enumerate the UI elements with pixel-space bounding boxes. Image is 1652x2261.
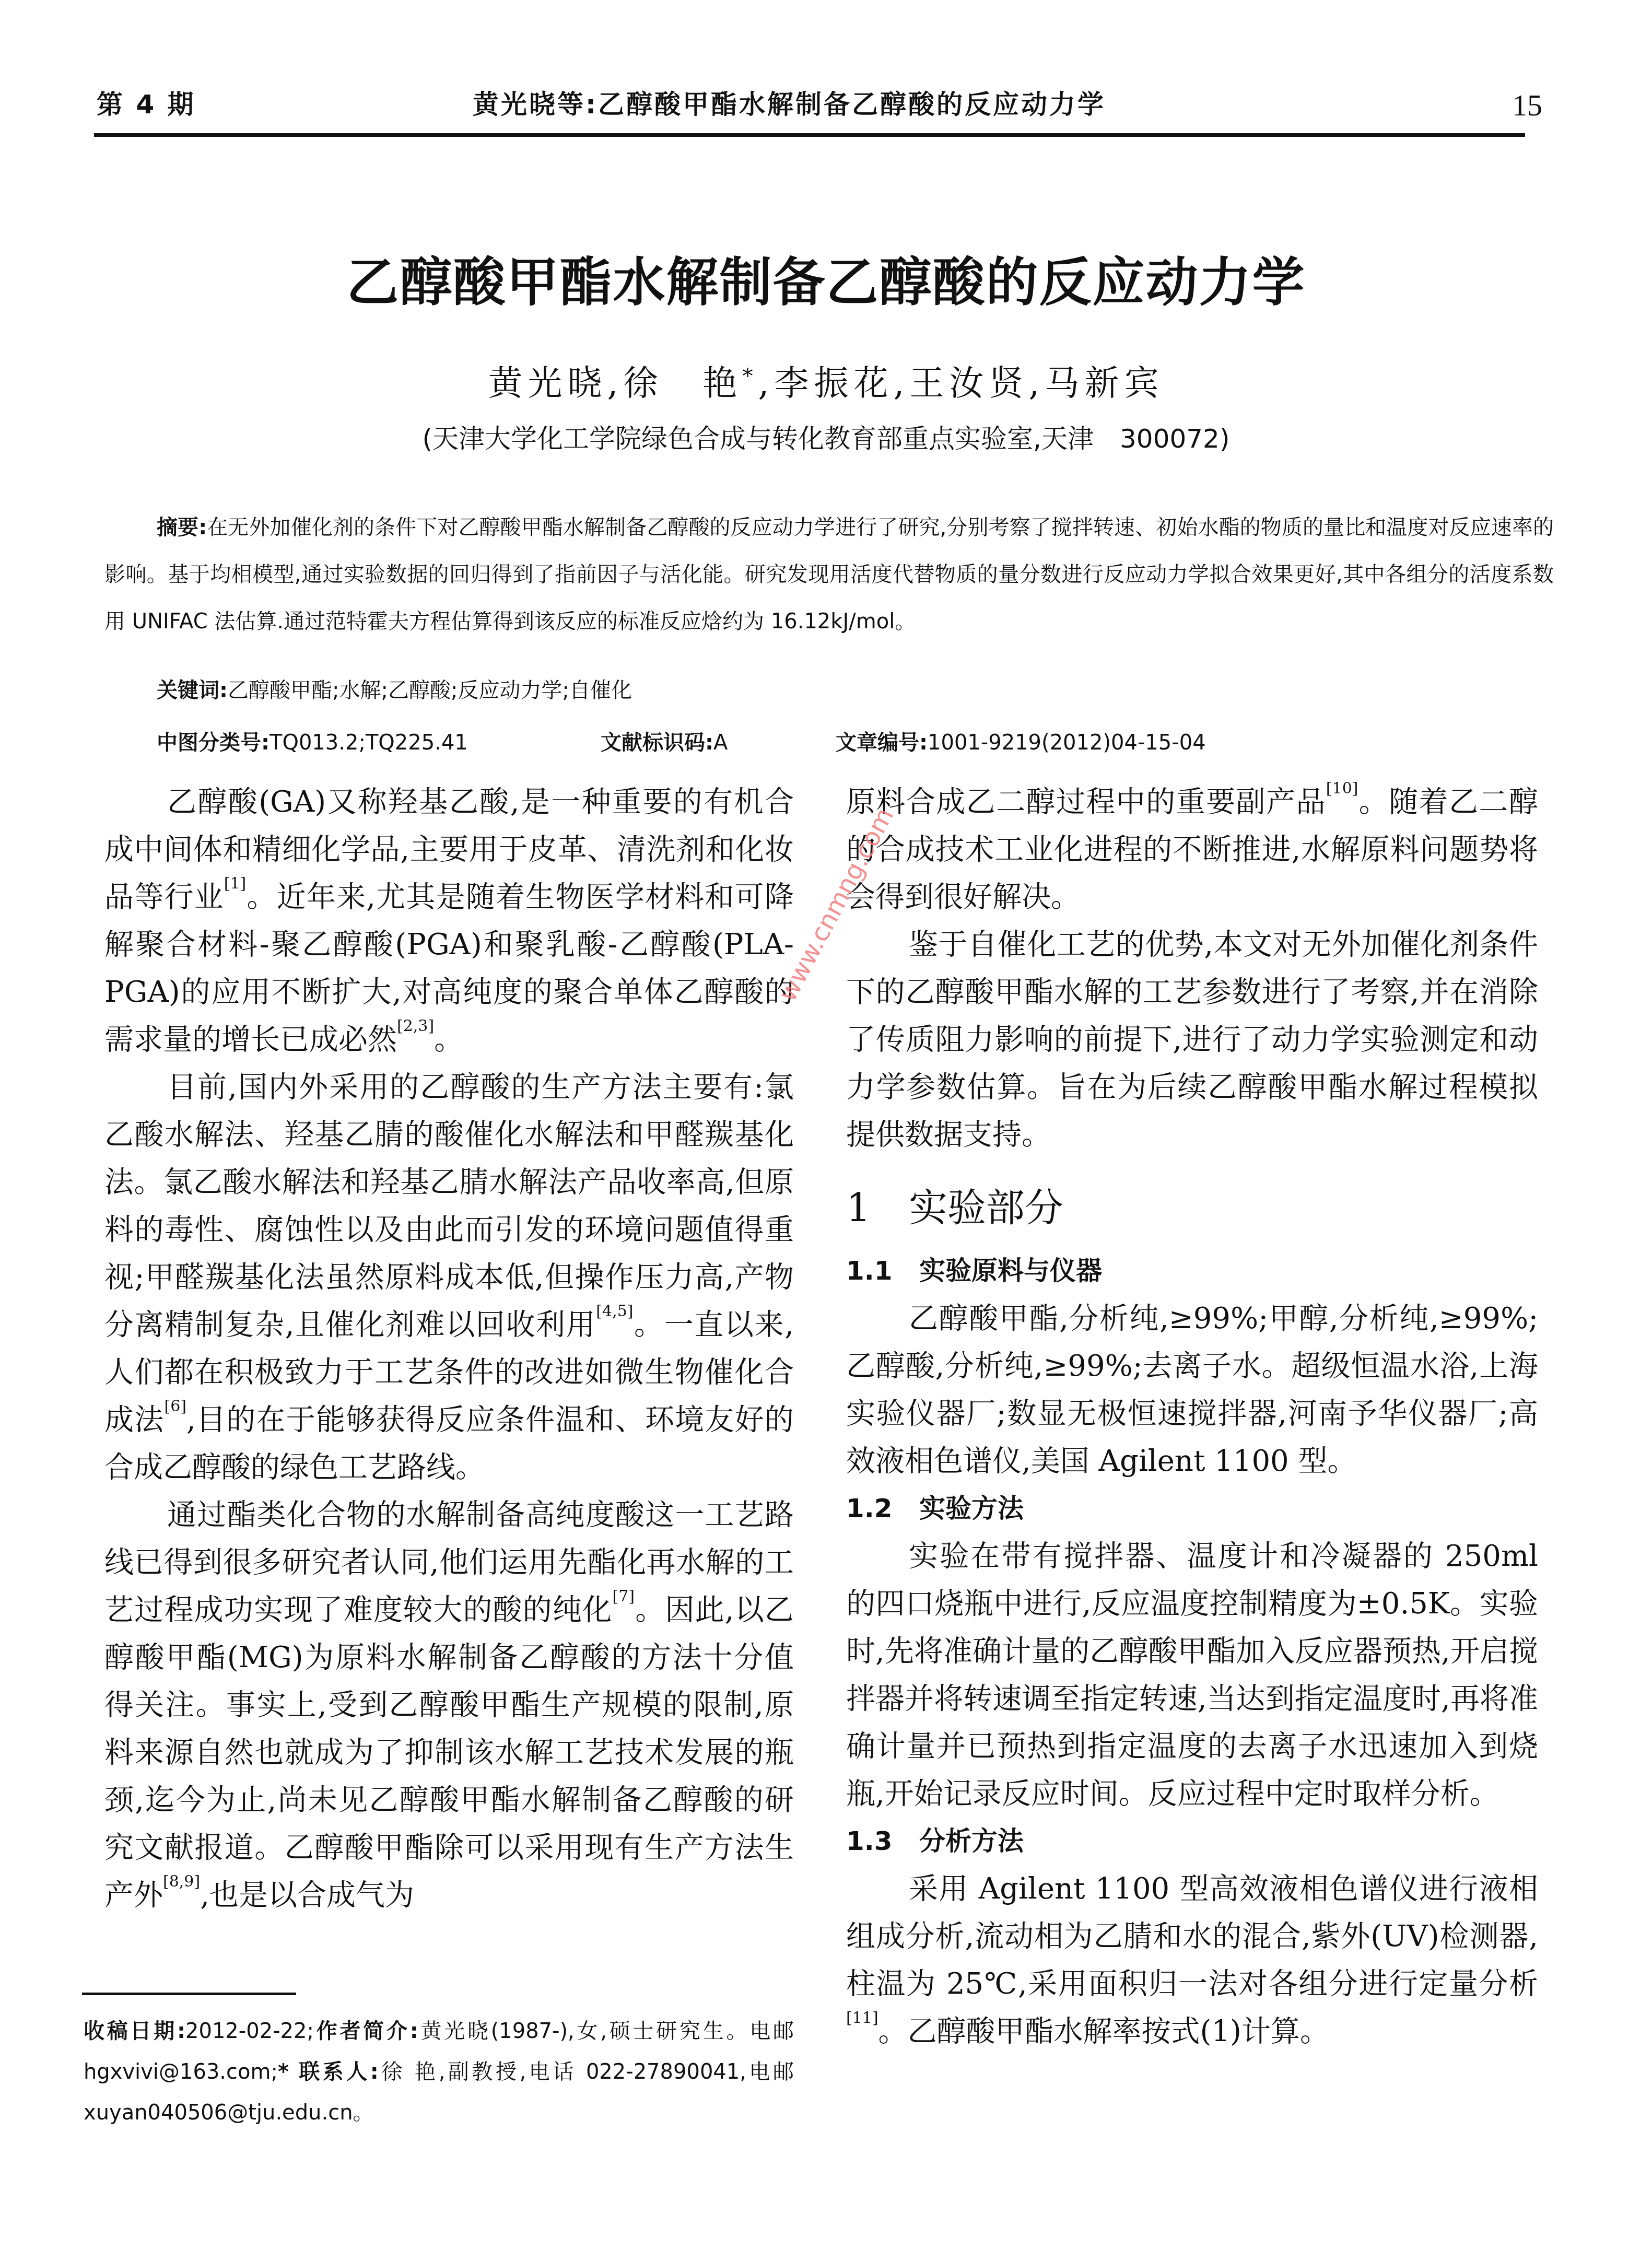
doc-code-label: 文献标识码: — [601, 731, 713, 755]
citation: [4,5] — [596, 1302, 633, 1320]
abstract-text: 在无外加催化剂的条件下对乙醇酸甲酯水解制备乙醇酸的反应动力学进行了研究,分别考察… — [104, 516, 1554, 634]
article-no-label: 文章编号: — [836, 731, 928, 755]
authors-after-mark: ,李振花,王汝贤,马新宾 — [758, 363, 1164, 403]
section-number: 1 — [846, 1179, 909, 1237]
citation: [6] — [165, 1397, 187, 1415]
subsection-title: 实验原料与仪器 — [919, 1256, 1102, 1286]
citation: [8,9] — [163, 1872, 200, 1891]
clc-label: 中图分类号: — [157, 731, 270, 755]
keywords-text: 乙醇酸甲酯;水解;乙醇酸;反应动力学;自催化 — [228, 678, 632, 702]
footnote: 收稿日期:2012-02-22;作者简介:黄光晓(1987-),女,硕士研究生。… — [84, 2011, 794, 2133]
citation: [7] — [612, 1587, 635, 1606]
paragraph: 乙醇酸甲酯,分析纯,≥99%;甲醇,分析纯,≥99%;乙醇酸,分析纯,≥99%;… — [846, 1295, 1538, 1485]
author-list: 黄光晓,徐 艳*,李振花,王汝贤,马新宾 — [0, 355, 1652, 405]
abstract: 摘要:在无外加催化剂的条件下对乙醇酸甲酯水解制备乙醇酸的反应动力学进行了研究,分… — [104, 504, 1554, 645]
running-header-issue: 第 4 期 — [97, 84, 196, 121]
running-header-title: 黄光晓等:乙醇酸甲酯水解制备乙醇酸的反应动力学 — [473, 84, 1106, 121]
header-rule — [94, 133, 1525, 137]
affiliation: (天津大学化工学院绿色合成与转化教育部重点实验室,天津 300072) — [0, 418, 1652, 455]
paper-title: 乙醇酸甲酯水解制备乙醇酸的反应动力学 — [0, 240, 1652, 315]
citation: [10] — [1326, 779, 1358, 798]
received-label: 收稿日期: — [84, 2019, 185, 2043]
clc-value: TQ013.2;TQ225.41 — [270, 731, 468, 755]
page-number: 15 — [1512, 88, 1542, 123]
paragraph-continuation: 原料合成乙二醇过程中的重要副产品[10]。随着乙二醇的合成技术工业化进程的不断推… — [846, 778, 1538, 921]
article-number: 文章编号:1001-9219(2012)04-15-04 — [836, 726, 1206, 756]
authors-before-mark: 黄光晓,徐 艳 — [488, 363, 743, 403]
citation: [2,3] — [397, 1017, 434, 1035]
subsection-number: 1.2 — [846, 1485, 919, 1532]
subsection-heading-1-3: 1.3分析方法 — [846, 1818, 1538, 1865]
subsection-title: 分析方法 — [919, 1826, 1024, 1856]
left-column: 乙醇酸(GA)又称羟基乙酸,是一种重要的有机合成中间体和精细化学品,主要用于皮革… — [104, 778, 794, 1919]
article-no-value: 1001-9219(2012)04-15-04 — [928, 731, 1206, 755]
corresponding-author-mark: * — [743, 364, 758, 388]
paragraph: 实验在带有搅拌器、温度计和冷凝器的 250ml 的四口烧瓶中进行,反应温度控制精… — [846, 1532, 1538, 1818]
paragraph: 目前,国内外采用的乙醇酸的生产方法主要有:氯乙酸水解法、羟基乙腈的酸催化水解法和… — [104, 1063, 794, 1491]
received-value: 2012-02-22; — [185, 2019, 314, 2043]
footnote-rule — [82, 1993, 296, 1995]
subsection-number: 1.1 — [846, 1247, 919, 1295]
paragraph: 鉴于自催化工艺的优势,本文对无外加催化剂条件下的乙醇酸甲酯水解的工艺参数进行了考… — [846, 921, 1538, 1158]
clc-number: 中图分类号:TQ013.2;TQ225.41 — [157, 726, 468, 756]
subsection-number: 1.3 — [846, 1818, 919, 1865]
citation: [11] — [846, 2009, 878, 2027]
section-heading-1: 1实验部分 — [846, 1179, 1538, 1237]
right-column: 原料合成乙二醇过程中的重要副产品[10]。随着乙二醇的合成技术工业化进程的不断推… — [846, 778, 1538, 2055]
paragraph: 采用 Agilent 1100 型高效液相色谱仪进行液相组成分析,流动相为乙腈和… — [846, 1865, 1538, 2055]
paragraph: 乙醇酸(GA)又称羟基乙酸,是一种重要的有机合成中间体和精细化学品,主要用于皮革… — [104, 778, 794, 1063]
subsection-title: 实验方法 — [919, 1493, 1024, 1524]
subsection-heading-1-1: 1.1实验原料与仪器 — [846, 1247, 1538, 1295]
contact-label: * 联系人: — [278, 2060, 379, 2084]
subsection-heading-1-2: 1.2实验方法 — [846, 1485, 1538, 1532]
keywords: 关键词:乙醇酸甲酯;水解;乙醇酸;反应动力学;自催化 — [157, 674, 632, 704]
abstract-label: 摘要: — [157, 516, 207, 540]
document-code: 文献标识码:A — [601, 726, 728, 756]
doc-code-value: A — [713, 731, 728, 755]
citation: [1] — [224, 874, 247, 893]
bio-label: 作者简介: — [314, 2019, 418, 2043]
paragraph: 通过酯类化合物的水解制备高纯度酸这一工艺路线已得到很多研究者认同,他们运用先酯化… — [104, 1491, 794, 1919]
section-title: 实验部分 — [909, 1186, 1063, 1231]
keywords-label: 关键词: — [157, 678, 228, 702]
